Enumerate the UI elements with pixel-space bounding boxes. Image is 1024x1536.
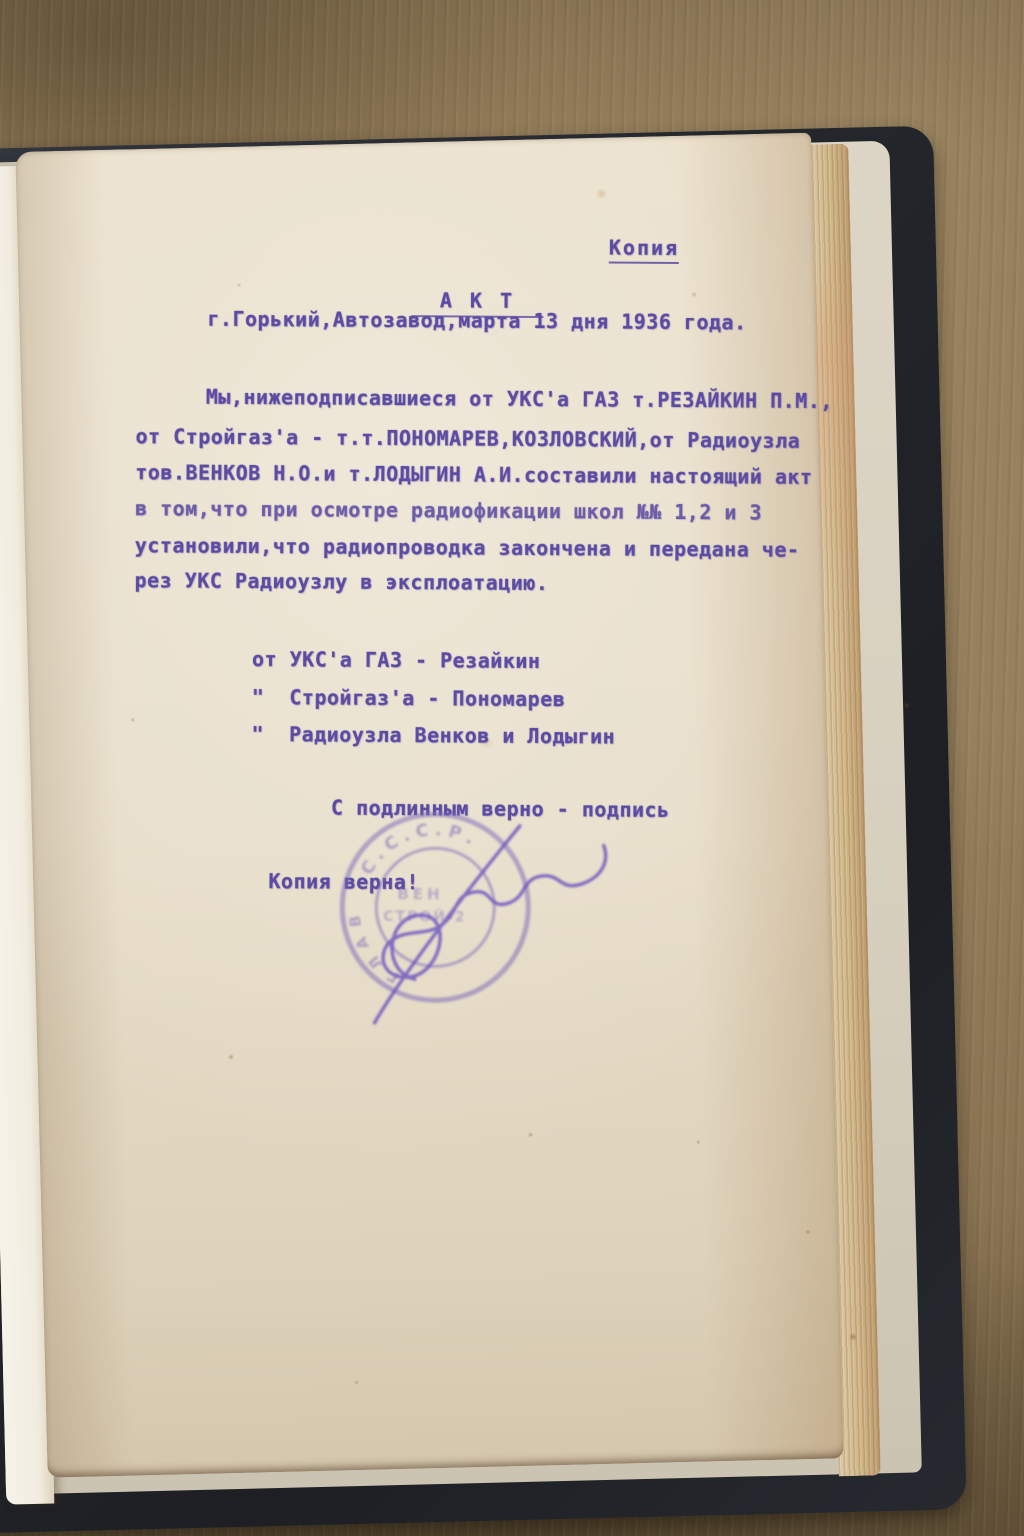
typewritten-text-layer: Копия А К Т г.Горький,Автозавод,марта 13…: [0, 144, 943, 1535]
signatory-line: " Стройгаз'а - Пономарев: [252, 684, 566, 712]
paragraph-line: установили,что радиопроводка закончена и…: [135, 532, 800, 563]
signature-stroke: [374, 825, 519, 1024]
handwritten-signature: [374, 825, 605, 1025]
copy-certified-line: Копия верна!: [268, 868, 419, 895]
paragraph-line: тов.ВЕНКОВ Н.О.и т.ЛОДЫГИН А.И.составили…: [135, 459, 812, 490]
dateline: г.Горький,Автозавод,марта 13 дня 1936 го…: [207, 306, 746, 336]
stamp-outer-ring: [342, 814, 529, 1001]
round-stamp-and-signature: С.С.С.Р. ГЛАВ ВЕН СТРОЙ-2: [256, 726, 659, 1159]
stamp-center-line2: СТРОЙ-2: [383, 908, 466, 926]
stamp-left-arc-text: ГЛАВ: [344, 905, 403, 987]
signature-stroke: [383, 844, 606, 981]
bound-archive-book: Копия А К Т г.Горький,Автозавод,марта 13…: [0, 126, 967, 1535]
stamp-inner-ring: [376, 848, 495, 967]
stamp-rings: [342, 814, 529, 1001]
paragraph-line: Мы,нижеподписавшиеся от УКС'а ГАЗ т.РЕЗА…: [206, 384, 833, 414]
copy-label: Копия: [609, 235, 679, 264]
paragraph-line: от Стройгаз'а - т.т.ПОНОМАРЕВ,КОЗЛОВСКИЙ…: [135, 423, 800, 454]
svg-text:ГЛАВ: ГЛАВ: [344, 905, 403, 987]
signatory-line: от УКС'а ГАЗ - Резайкин: [252, 646, 541, 674]
paragraph-line: в том,что при осмотре радиофикации школ …: [135, 495, 762, 525]
signatory-line: " Радиоузла Венков и Лодыгин: [251, 721, 615, 750]
certification-line: С подлинным верно - подпись: [331, 795, 670, 823]
photo-of-document: Копия А К Т г.Горький,Автозавод,марта 13…: [0, 0, 1024, 1536]
paragraph-line: рез УКС Радиоузлу в эксплоатацию.: [134, 567, 548, 596]
